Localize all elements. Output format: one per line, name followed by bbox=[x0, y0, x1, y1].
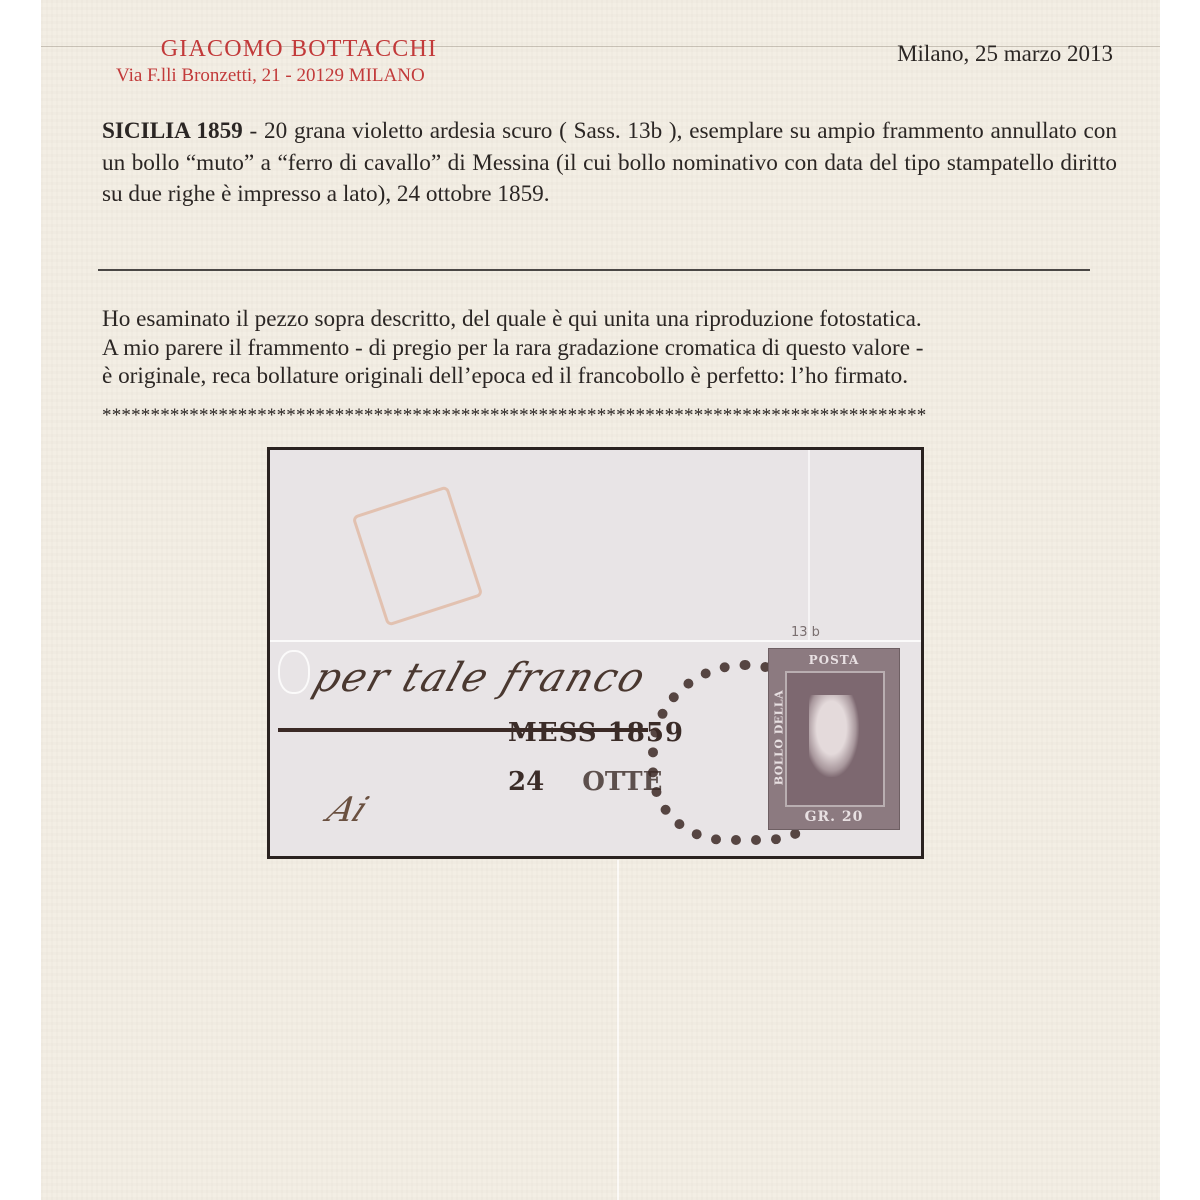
handwritten-address: Ai bbox=[321, 790, 375, 830]
letterhead-name: GIACOMO BOTTACCHI bbox=[124, 36, 474, 63]
stamp-portrait-frame bbox=[785, 671, 885, 807]
red-cancel-mark bbox=[352, 485, 484, 627]
fragment-fold bbox=[270, 640, 921, 642]
statement-line: Ho esaminato il pezzo sopra descritto, d… bbox=[102, 305, 1122, 334]
stamp-side-label: BOLLO DELLA bbox=[773, 690, 786, 786]
description-text: - 20 grana violetto ardesia scuro ( Sass… bbox=[102, 118, 1117, 207]
letterhead-address: Via F.lli Bronzetti, 21 - 20129 MILANO bbox=[116, 65, 425, 87]
king-portrait-icon bbox=[809, 695, 859, 777]
stamp-fragment-photo: per tale franco Ai 13 b MESS 1859 24OTTE… bbox=[267, 447, 924, 859]
description-lead: SICILIA 1859 bbox=[102, 118, 243, 144]
place-date: Milano, 25 marzo 2013 bbox=[897, 41, 1113, 67]
pencil-catalog-note: 13 b bbox=[791, 625, 820, 640]
asterisk-separator: ****************************************… bbox=[102, 405, 1112, 427]
stamp-top-label: POSTA bbox=[769, 653, 899, 667]
stamp-value-label: GR. 20 bbox=[769, 809, 899, 825]
fragment-fold-vertical bbox=[808, 450, 810, 640]
stamp-description: SICILIA 1859 - 20 grana violetto ardesia… bbox=[102, 116, 1117, 211]
postage-stamp: POSTA BOLLO DELLA GR. 20 bbox=[768, 648, 900, 830]
expert-statement: Ho esaminato il pezzo sopra descritto, d… bbox=[102, 305, 1122, 391]
embossed-mark-icon bbox=[278, 650, 310, 694]
statement-line: A mio parere il frammento - di pregio pe… bbox=[102, 334, 1122, 363]
postmark-day: 24 bbox=[508, 767, 544, 797]
postmark-date: 24OTTE bbox=[508, 767, 662, 797]
statement-line: è originale, reca bollature originali de… bbox=[102, 362, 1122, 391]
handwritten-note: per tale franco bbox=[308, 655, 653, 701]
divider-line bbox=[98, 269, 1090, 271]
paper-fold bbox=[617, 860, 619, 1200]
